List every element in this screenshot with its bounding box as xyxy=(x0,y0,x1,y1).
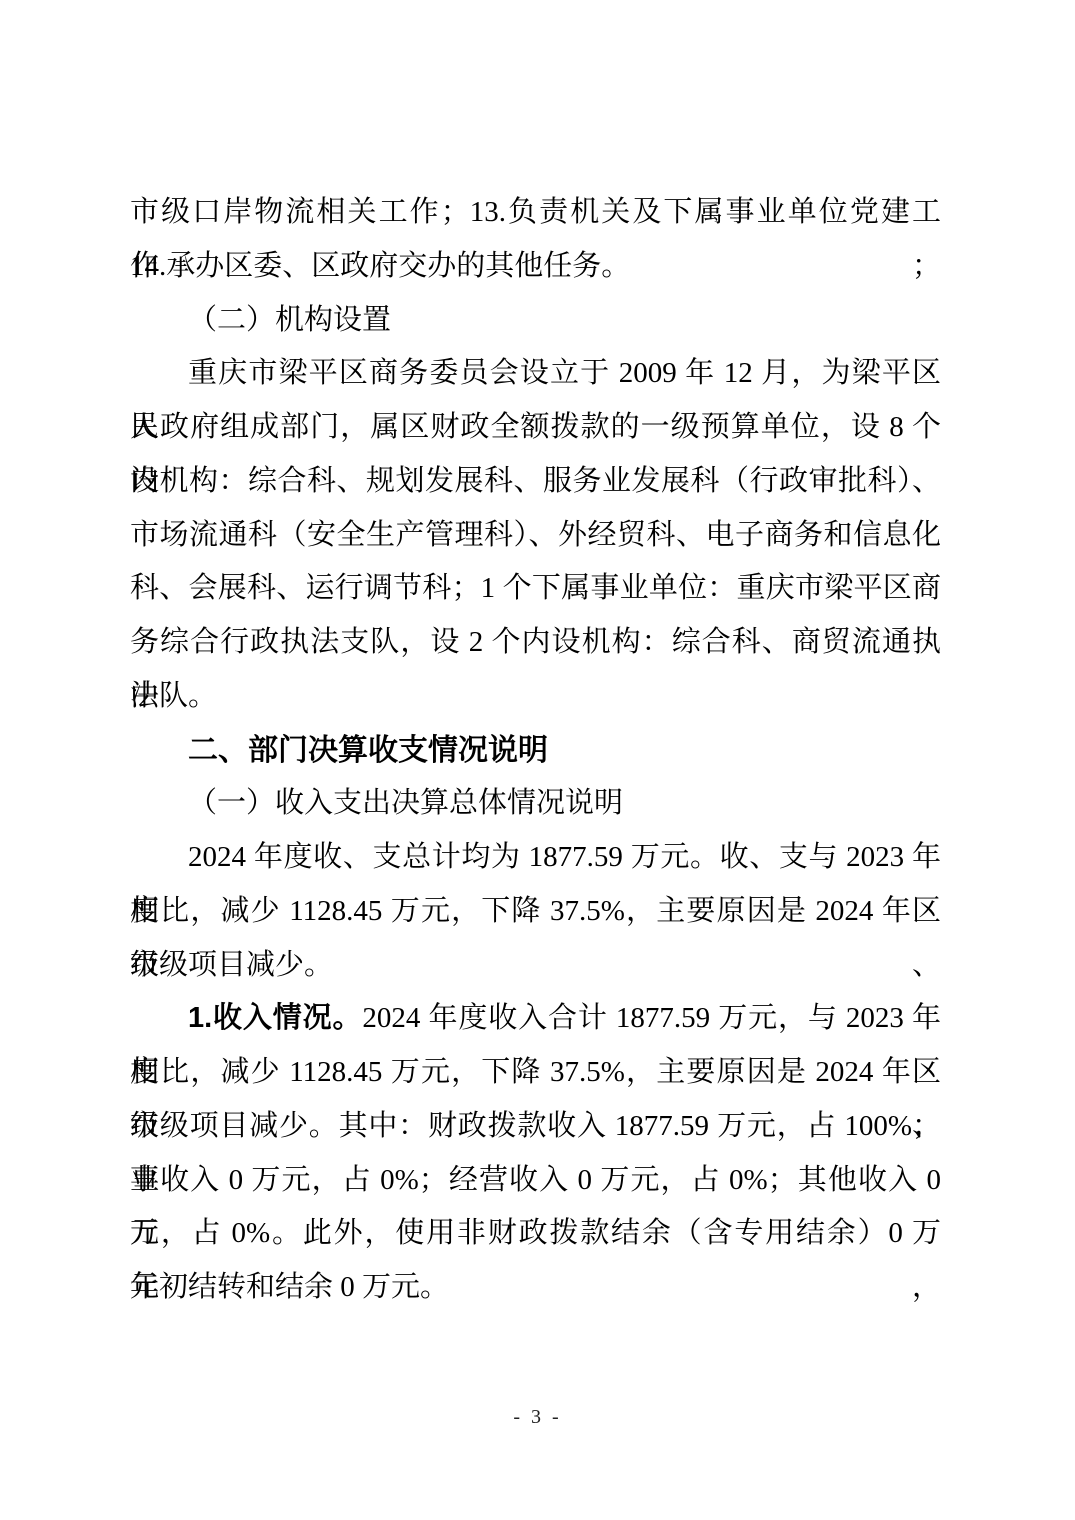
text-line: 科、会展科、运行调节科；1 个下属事业单位：重庆市梁平区商 xyxy=(130,562,941,616)
text-line: 市场流通科（安全生产管理科）、外经贸科、电子商务和信息化 xyxy=(130,509,941,563)
text-line: 中队。 xyxy=(130,670,941,724)
text-run: （二）机构设置 xyxy=(188,304,391,336)
text-line: 重庆市梁平区商务委员会设立于 2009 年 12 月，为梁平区人 xyxy=(130,347,941,401)
text-run: 14.承办区委、区政府交办的其他任务。 xyxy=(130,250,630,282)
text-line: 民政府组成部门，属区财政全额拨款的一级预算单位，设 8 个内 xyxy=(130,401,941,455)
text-line: 市级口岸物流相关工作；13.负责机关及下属事业单位党建工作； xyxy=(130,186,941,240)
bold-text-run: 二、部门决算收支情况说明 xyxy=(188,734,548,767)
text-line: 2024 年度收、支总计均为 1877.59 万元。收、支与 2023 年度 xyxy=(130,831,941,885)
text-run: 设机构：综合科、规划发展科、服务业发展科（行政审批科）、 xyxy=(130,465,941,497)
bold-text-run: 1.收入情况。 xyxy=(188,1002,362,1034)
subsection-heading: （一）收入支出决算总体情况说明 xyxy=(130,777,941,831)
text-run: 年初结转和结余 0 万元。 xyxy=(130,1271,449,1303)
text-run: 市级项目减少。 xyxy=(130,949,333,981)
text-line: 相比，减少 1128.45 万元，下降 37.5%，主要原因是 2024 年区级… xyxy=(130,1046,941,1100)
text-line: 相比，减少 1128.45 万元，下降 37.5%，主要原因是 2024 年区级… xyxy=(130,885,941,939)
text-line: 元，占 0%。此外，使用非财政拨款结余（含专用结余）0 万元， xyxy=(130,1207,941,1261)
subsection-heading: （二）机构设置 xyxy=(130,294,941,348)
page-number: - 3 - xyxy=(0,1406,1075,1429)
section-heading: 二、部门决算收支情况说明 xyxy=(130,724,941,778)
text-run: （一）收入支出决算总体情况说明 xyxy=(188,787,623,819)
document-page: 市级口岸物流相关工作；13.负责机关及下属事业单位党建工作；14.承办区委、区政… xyxy=(0,0,1075,1520)
text-line: 设机构：综合科、规划发展科、服务业发展科（行政审批科）、 xyxy=(130,455,941,509)
text-run: 科、会展科、运行调节科；1 个下属事业单位：重庆市梁平区商 xyxy=(130,572,941,604)
text-run: 中队。 xyxy=(130,680,217,712)
text-run: 市场流通科（安全生产管理科）、外经贸科、电子商务和信息化 xyxy=(130,519,941,551)
text-line: 务综合行政执法支队，设 2 个内设机构：综合科、商贸流通执法 xyxy=(130,616,941,670)
text-line: 业收入 0 万元，占 0%；经营收入 0 万元，占 0%；其他收入 0 万 xyxy=(130,1154,941,1208)
text-line: 1.收入情况。2024 年度收入合计 1877.59 万元，与 2023 年度 xyxy=(130,992,941,1046)
document-body: 市级口岸物流相关工作；13.负责机关及下属事业单位党建工作；14.承办区委、区政… xyxy=(130,186,941,1315)
text-line: 市级项目减少。其中：财政拨款收入 1877.59 万元，占 100%；事 xyxy=(130,1100,941,1154)
